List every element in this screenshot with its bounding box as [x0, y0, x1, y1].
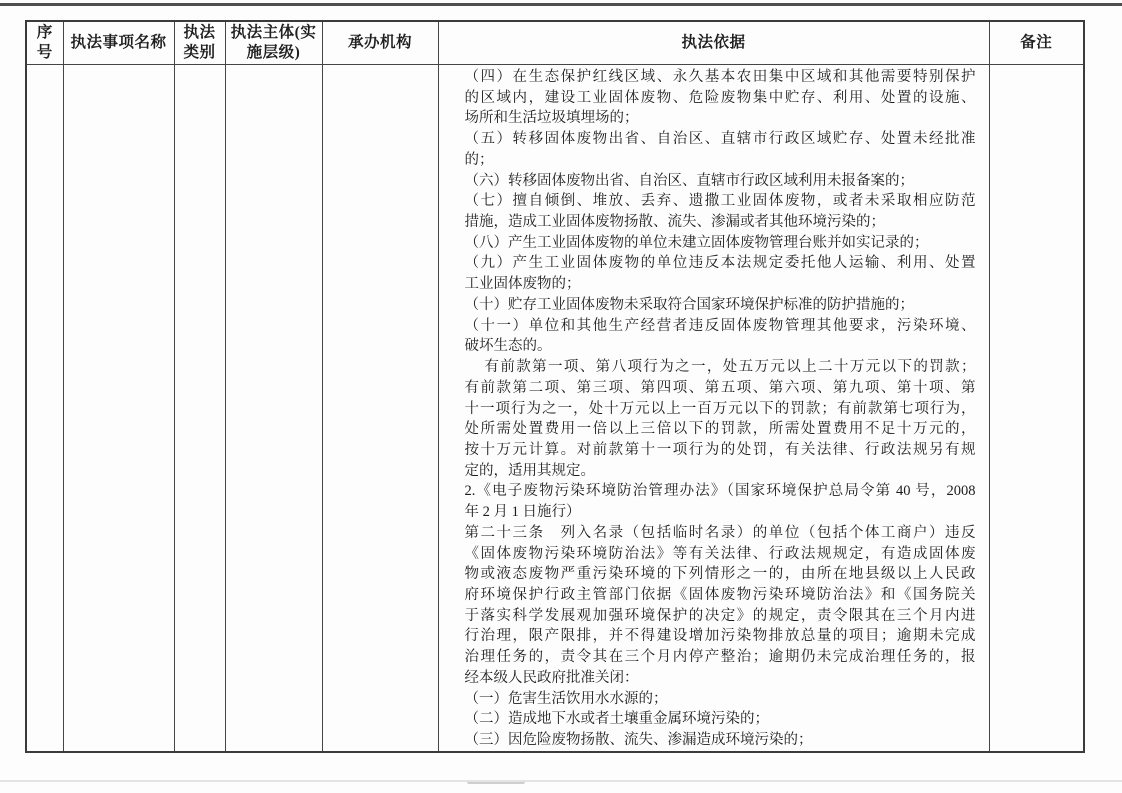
legal-text-line: 按十万元计算。对前款第十一项行为的处罚，有关法律、行政法规另有规	[465, 440, 976, 461]
legal-text-line: 的区域内，建设工业固体废物、危险废物集中贮存、利用、处置的设施、	[465, 88, 976, 109]
table-row: （四）在生态保护红线区域、永久基本农田集中区域和其他需要特别保护的区域内，建设工…	[26, 65, 1084, 752]
legal-text-line: 第二十三条 列入名录（包括临时名录）的单位（包括个体工商户）违反	[465, 523, 976, 544]
legal-text-line: 经本级人民政府批准关闭：	[465, 668, 976, 689]
cell-remarks	[989, 65, 1084, 752]
cell-enforcement-category	[174, 65, 225, 752]
legal-text-line: 《固体废物污染环境防治法》等有关法律、行政法规规定，有造成固体废	[465, 544, 976, 565]
legal-text-line: 有前款第一项、第八项行为之一，处五万元以上二十万元以下的罚款；	[465, 357, 976, 378]
legal-text-line: 十一项行为之一，处十万元以上一百万元以下的罚款；有前款第七项行为，	[465, 399, 976, 420]
legal-text-line: （十一）单位和其他生产经营者违反固体废物管理其他要求，污染环境、	[465, 316, 976, 337]
enforcement-items-table: 序 号 执法事项名称 执法 类别 执法主体(实 施层级) 承办机构 执法依据 备…	[25, 20, 1085, 753]
col-header-enforcement-category: 执法 类别	[174, 21, 225, 65]
legal-text-line: 物或液态废物严重污染环境的下列情形之一的，由所在地县级以上人民政	[465, 564, 976, 585]
legal-text-line: （一）危害生活饮用水水源的；	[465, 689, 976, 710]
scan-artifact-bottom-line	[0, 780, 1122, 782]
legal-text-line: 场所和生活垃圾填埋场的；	[465, 108, 976, 129]
cell-legal-basis: （四）在生态保护红线区域、永久基本农田集中区域和其他需要特别保护的区域内，建设工…	[438, 65, 989, 752]
legal-text-line: （六）转移固体废物出省、自治区、直辖市行政区域利用未报备案的；	[465, 171, 976, 192]
col-header-remarks: 备注	[989, 21, 1084, 65]
col-header-enforcement-subject: 执法主体(实 施层级)	[225, 21, 322, 65]
col-header-legal-basis: 执法依据	[438, 21, 989, 65]
legal-text-line: （八）产生工业固体废物的单位未建立固体废物管理台账并如实记录的；	[465, 233, 976, 254]
legal-text-line: 处所需处置费用一倍以上三倍以下的罚款，所需处置费用不足十万元的，	[465, 419, 976, 440]
legal-text-line: 工业固体废物的；	[465, 274, 976, 295]
cell-enforcement-item-name	[63, 65, 174, 752]
col-header-enforcement-item-name: 执法事项名称	[63, 21, 174, 65]
col-header-handling-agency: 承办机构	[322, 21, 438, 65]
legal-basis-text: （四）在生态保护红线区域、永久基本农田集中区域和其他需要特别保护的区域内，建设工…	[465, 67, 976, 751]
legal-text-line: 定的，适用其规定。	[465, 461, 976, 482]
legal-text-line: （三）因危险废物扬散、流失、渗漏造成环境污染的；	[465, 730, 976, 751]
legal-text-line: （十）贮存工业固体废物未采取符合国家环境保护标准的防护措施的；	[465, 295, 976, 316]
cell-enforcement-subject	[225, 65, 322, 752]
legal-text-line: （五）转移固体废物出省、自治区、直辖市行政区域贮存、处置未经批准	[465, 129, 976, 150]
legal-text-line: 措施，造成工业固体废物扬散、流失、渗漏或者其他环境污染的；	[465, 212, 976, 233]
legal-text-line: 破坏生态的。	[465, 336, 976, 357]
legal-text-line: 于落实科学发展观加强环境保护的决定》的规定，责令限其在三个月内进	[465, 606, 976, 627]
legal-text-line: （四）在生态保护红线区域、永久基本农田集中区域和其他需要特别保护	[465, 67, 976, 88]
cell-serial-number	[26, 65, 63, 752]
legal-text-line: （七）擅自倾倒、堆放、丢弃、遗撒工业固体废物，或者未采取相应防范	[465, 191, 976, 212]
legal-text-line: 治理任务的，责令其在三个月内停产整治；逾期仍未完成治理任务的，报	[465, 647, 976, 668]
legal-text-line: 2.《电子废物污染环境防治管理办法》（国家环境保护总局令第 40 号，2008	[465, 481, 976, 502]
col-header-serial-number: 序 号	[26, 21, 63, 65]
legal-text-line: 的；	[465, 150, 976, 171]
header-row: 序 号 执法事项名称 执法 类别 执法主体(实 施层级) 承办机构 执法依据 备…	[26, 21, 1084, 65]
scan-artifact-top-line	[0, 3, 1122, 6]
scanned-document-page: 序 号 执法事项名称 执法 类别 执法主体(实 施层级) 承办机构 执法依据 备…	[0, 0, 1122, 793]
legal-text-line: 年 2 月 1 日施行）	[465, 502, 976, 523]
legal-text-line: 有前款第二项、第三项、第四项、第五项、第六项、第九项、第十项、第	[465, 378, 976, 399]
legal-text-line: （二）造成地下水或者土壤重金属环境污染的；	[465, 709, 976, 730]
legal-text-line: 行治理，限产限排，并不得建设增加污染物排放总量的项目；逾期未完成	[465, 626, 976, 647]
legal-text-line: （九）产生工业固体废物的单位违反本法规定委托他人运输、利用、处置	[465, 253, 976, 274]
cell-handling-agency	[322, 65, 438, 752]
legal-text-line: 府环境保护行政主管部门依据《固体废物污染环境防治法》和《国务院关	[465, 585, 976, 606]
